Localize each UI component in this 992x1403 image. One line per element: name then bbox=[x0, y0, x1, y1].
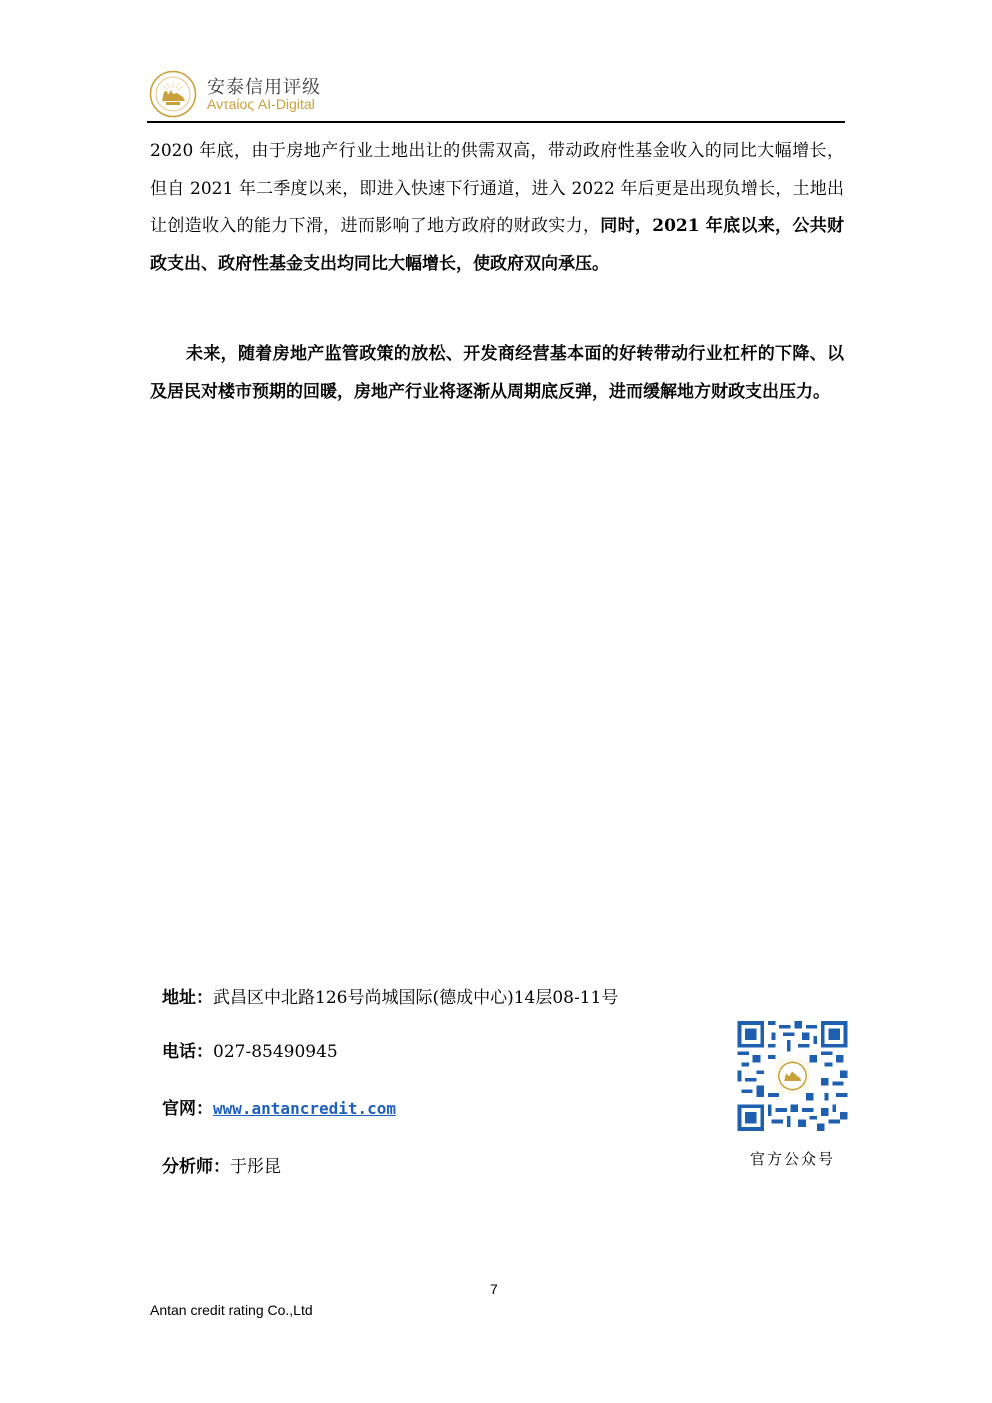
contact-address: 地址：武昌区中北路126号尚城国际(德成中心)14层08-11号 bbox=[162, 983, 618, 1008]
phone-value: 027-85490945 bbox=[213, 1042, 338, 1062]
contact-analyst: 分析师：于彤昆 bbox=[162, 1152, 281, 1177]
body-paragraph-1: 2020 年底，由于房地产行业土地出让的供需双高，带动政府性基金收入的同比大幅增… bbox=[150, 133, 844, 283]
contact-website: 官网：www.antancredit.com bbox=[162, 1094, 396, 1119]
qr-code-icon bbox=[736, 1021, 849, 1131]
phone-label: 电话： bbox=[162, 1042, 213, 1062]
website-link[interactable]: www.antancredit.com bbox=[213, 1099, 396, 1118]
contact-phone: 电话：027-85490945 bbox=[162, 1037, 338, 1062]
body-paragraph-2: 未来，随着房地产监管政策的放松、开发商经营基本面的好转带动行业杠杆的下降、以及居… bbox=[150, 336, 844, 411]
brand-name-en: Αντaίος AI-Digital bbox=[207, 96, 315, 112]
website-label: 官网： bbox=[162, 1099, 213, 1119]
address-value: 武昌区中北路126号尚城国际(德成中心)14层08-11号 bbox=[213, 988, 618, 1008]
footer-company-name: Antan credit rating Co.,Ltd bbox=[150, 1302, 313, 1318]
company-logo-icon bbox=[149, 70, 197, 118]
analyst-label: 分析师： bbox=[162, 1157, 230, 1177]
analyst-value: 于彤昆 bbox=[230, 1157, 281, 1177]
page-header: 安泰信用评级 Αντaίος AI-Digital bbox=[147, 66, 845, 124]
header-divider bbox=[147, 121, 845, 123]
address-label: 地址： bbox=[162, 988, 213, 1008]
qr-caption: 官方公众号 bbox=[736, 1148, 849, 1169]
page-number: 7 bbox=[490, 1281, 498, 1297]
